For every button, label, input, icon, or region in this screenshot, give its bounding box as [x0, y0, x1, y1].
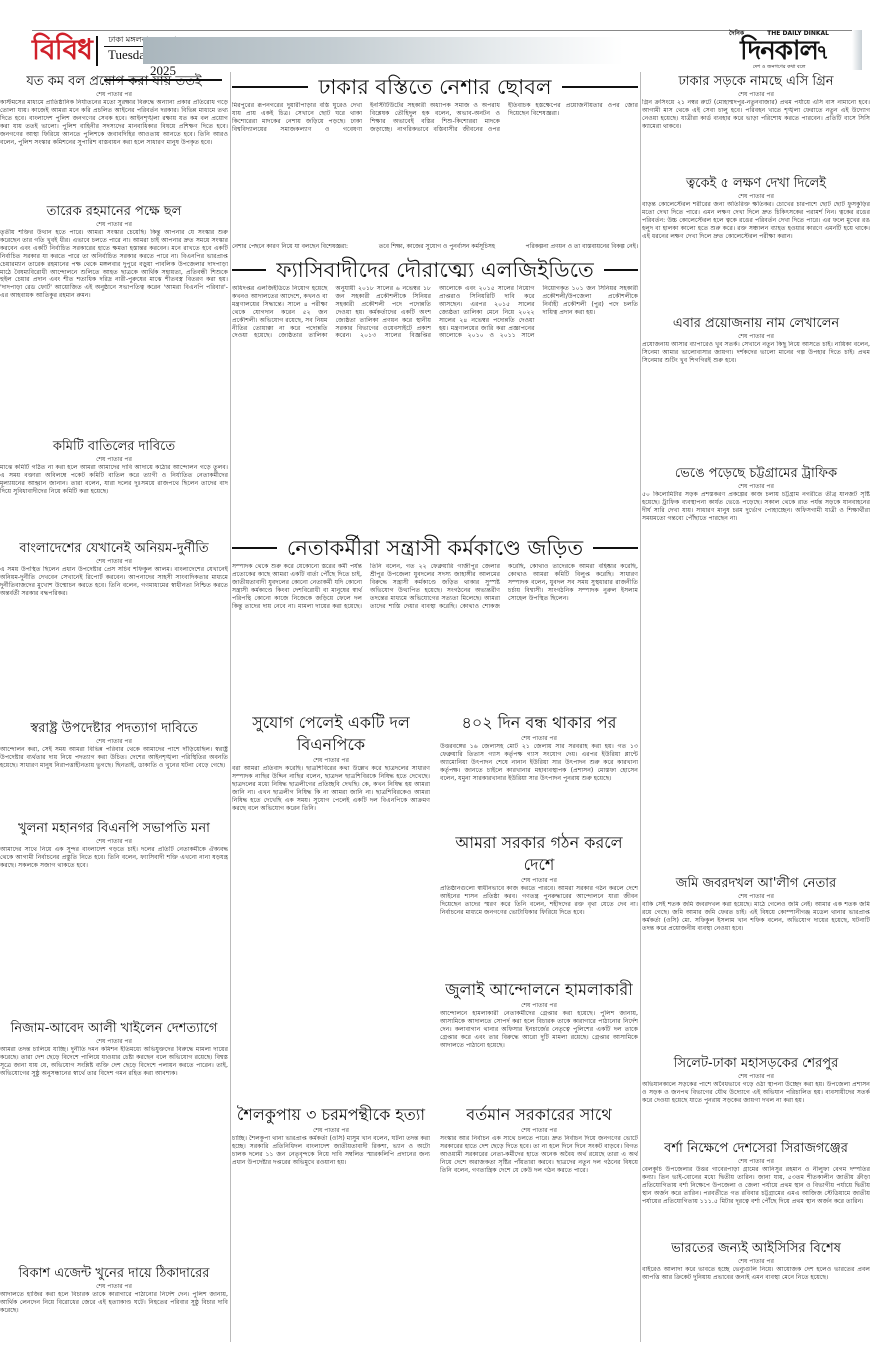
article[interactable]: ভেঙে পড়েছে চট্টগ্রামের ট্রাফিক শেষ পাতা…: [642, 464, 870, 871]
article[interactable]: জমি জবরদখল আ'লীগ নেতার শেষ পাতার পর বাকি…: [642, 874, 870, 1051]
article-body: বাড়ন্ত কোলেস্টেরল শরীরের জন্য অতিরিক্ত …: [642, 201, 870, 311]
article-headline[interactable]: সিলেট-ঢাকা মহাসড়কের শেরপুর: [642, 1054, 870, 1073]
article[interactable]: ঢাকার সড়কে নামছে এসি গ্রিন শেষ পাতার পর…: [642, 72, 870, 171]
column-rule: [640, 72, 641, 1342]
continued-label: শেষ পাতার পর: [642, 1158, 870, 1166]
right-column: ঢাকার সড়কে নামছে এসি গ্রিন শেষ পাতার পর…: [642, 72, 870, 1339]
article[interactable]: বাংলাদেশের যেখানেই অনিয়ম-দুর্নীতি শেষ প…: [0, 539, 228, 716]
section-logo: বিবিধ: [32, 33, 92, 67]
article-body: বেলকুচি উপজেলার উত্তর গাবেরপাড়া গ্রামের…: [642, 1166, 870, 1236]
article-body: সম্পাদক থেকে শুরু করে যেকোনো স্তরের কর্ম…: [232, 563, 638, 708]
article-body: প্রযোজনায় আসার ব্যাপারেও খুব সতর্ক। সেখ…: [642, 341, 870, 461]
article-headline[interactable]: ভেঙে পড়েছে চট্টগ্রামের ট্রাফিক: [642, 464, 870, 483]
article[interactable]: আমরা সরকার গঠন করলে দেশে শেষ পাতার পর প্…: [440, 831, 638, 975]
article-body: মিরপুরের রূপনগরের দুয়ারীপাড়ার বস্তি ঘু…: [232, 102, 638, 242]
continued-label: শেষ পাতার পর: [440, 735, 638, 743]
article[interactable]: সিলেট-ঢাকা মহাসড়কের শেরপুর শেষ পাতার পর…: [642, 1054, 870, 1136]
continued-label: শেষ পাতার পর: [0, 738, 228, 746]
continued-label: শেষ পাতার পর: [642, 1258, 870, 1266]
logo-divider: [96, 36, 98, 66]
article-body: প্রতিষ্ঠানগুলো স্বাধীনভাবে কাজ করতে পারব…: [440, 885, 638, 975]
article-body: আমরা তদন্ত চালিয়ে যাচ্ছি। দুর্নীতি দমন …: [0, 1046, 228, 1261]
continued-label: শেষ পাতার পর: [642, 1073, 870, 1081]
header-gradient-bar: [143, 37, 623, 64]
article-body: সংস্কার আর নির্বাচন এক সাথে চলতে পারে। দ…: [440, 1135, 638, 1245]
article-headline[interactable]: বিকাশ এজেন্ট খুনের দায়ে ঠিকাদারের: [0, 1264, 228, 1283]
article[interactable]: বিকাশ এজেন্ট খুনের দায়ে ঠিকাদারের শেষ প…: [0, 1264, 228, 1351]
article-headline[interactable]: বাংলাদেশের যেখানেই অনিয়ম-দুর্নীতি: [0, 539, 228, 558]
continued-label: শেষ পাতার পর: [642, 483, 870, 491]
article[interactable]: সুযোগ পেলেই একটি দল বিএনপিকে শেষ পাতার প…: [232, 711, 430, 1100]
article-headline[interactable]: ঢাকার বস্তিতে নেশার ছোবল: [232, 72, 638, 102]
article-headline[interactable]: নিজাম-আবেদ আলী খাইলেন দেশত্যাগে: [0, 1019, 228, 1038]
article[interactable]: শৈলকুপায় ৩ চরমপন্থীকে হত্যা শেষ পাতার প…: [232, 1103, 430, 1245]
article-headline[interactable]: জুলাই আন্দোলনে হামলাকারী: [440, 978, 638, 1002]
article[interactable]: তারেক রহমানের পক্ষে ছল শেষ পাতার পর তৃতী…: [0, 202, 228, 434]
article-headline[interactable]: নেতাকর্মীরা সন্ত্রাসী কর্মকাণ্ডে জড়িত: [232, 533, 638, 563]
article-body: মাঝে কমিটি গঠিত না করা হলে আমরা আমাদের দ…: [0, 464, 228, 536]
article-headline[interactable]: খুলনা মহানগর বিএনপি সভাপতি মনা: [0, 819, 228, 838]
article-headline[interactable]: ৪০২ দিন বন্ধ থাকার পর: [440, 711, 638, 735]
article-headline[interactable]: এবার প্রয়োজনায় নাম লেখালেন: [642, 314, 870, 333]
article[interactable]: নিজাম-আবেদ আলী খাইলেন দেশত্যাগে শেষ পাতা…: [0, 1019, 228, 1261]
article-headline[interactable]: শৈলকুপায় ৩ চরমপন্থীকে হত্যা: [232, 1103, 430, 1127]
article-headline[interactable]: ঢাকার সড়কে নামছে এসি গ্রিন: [642, 72, 870, 91]
strip-text: নেশার পেছনে কারণ নিয়ে যা বলছেন বিশেষজ্ঞ…: [232, 243, 348, 251]
continued-label: শেষ পাতার পর: [642, 893, 870, 901]
article[interactable]: খুলনা মহানগর বিএনপি সভাপতি মনা শেষ পাতার…: [0, 819, 228, 1016]
article-body: আদালতে হাজির করা হলে বিচারক তাকে কারাগার…: [0, 1291, 228, 1351]
article-body: বাকি সেই শতক জমি জবরদখল করা হয়েছে। মাঠে…: [642, 901, 870, 1051]
article-headline[interactable]: যত কম বল প্রয়োগ করা যায় ততই: [0, 72, 228, 91]
article-body: উত্তরবঙ্গের ১৬ জেলাসহ মোট ২১ জেলায় সার …: [440, 743, 638, 828]
continued-label: শেষ পাতার পর: [0, 221, 228, 229]
continued-label: শেষ পাতার পর: [0, 838, 228, 846]
continued-label: শেষ পাতার পর: [0, 1038, 228, 1046]
article-body: বাইরেও আলাদা করে ভাবতে হচ্ছে ভেন্যুগুলি …: [642, 1266, 870, 1336]
article-headline[interactable]: বর্শা নিক্ষেপে দেশসেরা সিরাজগঞ্জের: [642, 1139, 870, 1158]
article-headline[interactable]: কমিটি বাতিলের দাবিতে: [0, 437, 228, 456]
article[interactable]: এবার প্রয়োজনায় নাম লেখালেন শেষ পাতার প…: [642, 314, 870, 461]
article-body: তৃতীয় শক্তির উত্থান হতে পারে। আমরা সংস্…: [0, 229, 228, 434]
article[interactable]: কমিটি বাতিলের দাবিতে শেষ পাতার পর মাঝে ক…: [0, 437, 228, 536]
article-headline[interactable]: স্বরাষ্ট্র উপদেষ্টার পদত্যাগ দাবিতে: [0, 719, 228, 738]
left-column: যত কম বল প্রয়োগ করা যায় ততই শেষ পাতার …: [0, 72, 228, 1352]
article[interactable]: নেতাকর্মীরা সন্ত্রাসী কর্মকাণ্ডে জড়িত স…: [232, 533, 638, 708]
middle-column: ঢাকার বস্তিতে নেশার ছোবল মিরপুরের রূপনগর…: [232, 72, 638, 1248]
article-body: আমাদের সাথে নিয়ে এক সুন্দর বাংলাদেশ গড়…: [0, 846, 228, 1016]
continued-label: শেষ পাতার পর: [642, 333, 870, 341]
article[interactable]: ভারতের জন্যই আইসিসির বিশেষ শেষ পাতার পর …: [642, 1239, 870, 1336]
article[interactable]: ৪০২ দিন বন্ধ থাকার পর শেষ পাতার পর উত্তর…: [440, 711, 638, 828]
article-body: চাচ্ছি। শৈলকুপা থানা ভারপ্রাপ্ত কর্মকর্ত…: [232, 1135, 430, 1245]
page-edge-shade: [852, 30, 862, 70]
continued-label: শেষ পাতার পর: [440, 877, 638, 885]
article[interactable]: স্বরাষ্ট্র উপদেষ্টার পদত্যাগ দাবিতে শেষ …: [0, 719, 228, 816]
continued-label: শেষ পাতার পর: [0, 558, 228, 566]
page-number: ৭: [816, 38, 829, 71]
article-headline[interactable]: ত্বকেই ৫ লক্ষণ দেখা দিলেই: [642, 174, 870, 193]
continued-label: শেষ পাতার পর: [642, 91, 870, 99]
continued-label: শেষ পাতার পর: [440, 1002, 638, 1010]
article-headline[interactable]: তারেক রহমানের পক্ষে ছল: [0, 202, 228, 221]
continued-label: শেষ পাতার পর: [440, 1127, 638, 1135]
article-body: অধিদপ্তর এলজিইডিতে নিয়োগ হয়েছে কখনও আদ…: [232, 285, 638, 530]
continued-label: শেষ পাতার পর: [0, 91, 228, 99]
masthead: বিবিধ ঢাকা মঙ্গলবার ১২ ফাল্গুন ১৪৩১ Tues…: [0, 30, 870, 70]
article-footer-strip: নেশার পেছনে কারণ নিয়ে যা বলছেন বিশেষজ্ঞ…: [232, 242, 638, 252]
article-headline[interactable]: বর্তমান সরকারের সাথে: [440, 1103, 638, 1127]
article-body: গ্রিন ক্রসিংয়ে ২১ নম্বর রুটে (মোহাম্মদপ…: [642, 99, 870, 171]
column-rule: [230, 72, 231, 1342]
article-headline[interactable]: সুযোগ পেলেই একটি দল বিএনপিকে: [232, 711, 430, 757]
strip-text: তবে শিক্ষা, কাজের সুযোগ ও পুনর্বাসন কর্ম…: [379, 243, 495, 251]
article-headline[interactable]: জমি জবরদখল আ'লীগ নেতার: [642, 874, 870, 893]
article-body: এ সময় উপস্থিত ছিলেন প্রধান উপদেষ্টার প্…: [0, 566, 228, 716]
continued-label: শেষ পাতার পর: [232, 1127, 430, 1135]
article[interactable]: ঢাকার বস্তিতে নেশার ছোবল মিরপুরের রূপনগর…: [232, 72, 638, 252]
article-body: আন্দোলন করা, সেই সময় আমরা বিভিন্ন পরিবা…: [0, 746, 228, 816]
article-body: কাস্টমসের মাধ্যমে প্রাতিষ্ঠানিক নির্যাতন…: [0, 99, 228, 199]
article-body: ৫০ কিলোমিটার সড়ক প্রশস্তকরণ প্রকল্পের ক…: [642, 491, 870, 871]
article-body: বরা আমরা প্রতিবাদ করেছি। ছাত্রশিবিরের কথ…: [232, 765, 430, 1095]
two-article-row: সুযোগ পেলেই একটি দল বিএনপিকে শেষ পাতার প…: [232, 711, 638, 1103]
strip-text: পরিকল্পনা প্রণয়ন ও তা বাস্তবায়নের বিকল…: [526, 243, 638, 251]
continued-label: শেষ পাতার পর: [642, 193, 870, 201]
article-headline[interactable]: আমরা সরকার গঠন করলে দেশে: [440, 831, 638, 877]
article[interactable]: বর্তমান সরকারের সাথে শেষ পাতার পর সংস্কা…: [440, 1103, 638, 1245]
article[interactable]: ত্বকেই ৫ লক্ষণ দেখা দিলেই শেষ পাতার পর ব…: [642, 174, 870, 311]
article-headline[interactable]: ভারতের জন্যই আইসিসির বিশেষ: [642, 1239, 870, 1258]
article-headline[interactable]: ফ্যাসিবাদীদের দৌরাত্ম্যে এলজিইডিতে: [232, 255, 638, 285]
two-article-row: শৈলকুপায় ৩ চরমপন্থীকে হত্যা শেষ পাতার প…: [232, 1103, 638, 1248]
continued-label: শেষ পাতার পর: [0, 1283, 228, 1291]
article[interactable]: ফ্যাসিবাদীদের দৌরাত্ম্যে এলজিইডিতে অধিদপ…: [232, 255, 638, 530]
article[interactable]: জুলাই আন্দোলনে হামলাকারী শেষ পাতার পর আন…: [440, 978, 638, 1100]
continued-label: শেষ পাতার পর: [232, 757, 430, 765]
article[interactable]: বর্শা নিক্ষেপে দেশসেরা সিরাজগঞ্জের শেষ প…: [642, 1139, 870, 1236]
article-body: আন্দোলনে হামলাকারী নেতাকর্মীদের গ্রেপ্তা…: [440, 1010, 638, 1100]
article-body: অভিযানকালে সড়কের পাশে অবৈধভাবে গড়ে ওঠা…: [642, 1081, 870, 1136]
article[interactable]: যত কম বল প্রয়োগ করা যায় ততই শেষ পাতার …: [0, 72, 228, 199]
continued-label: শেষ পাতার পর: [0, 456, 228, 464]
